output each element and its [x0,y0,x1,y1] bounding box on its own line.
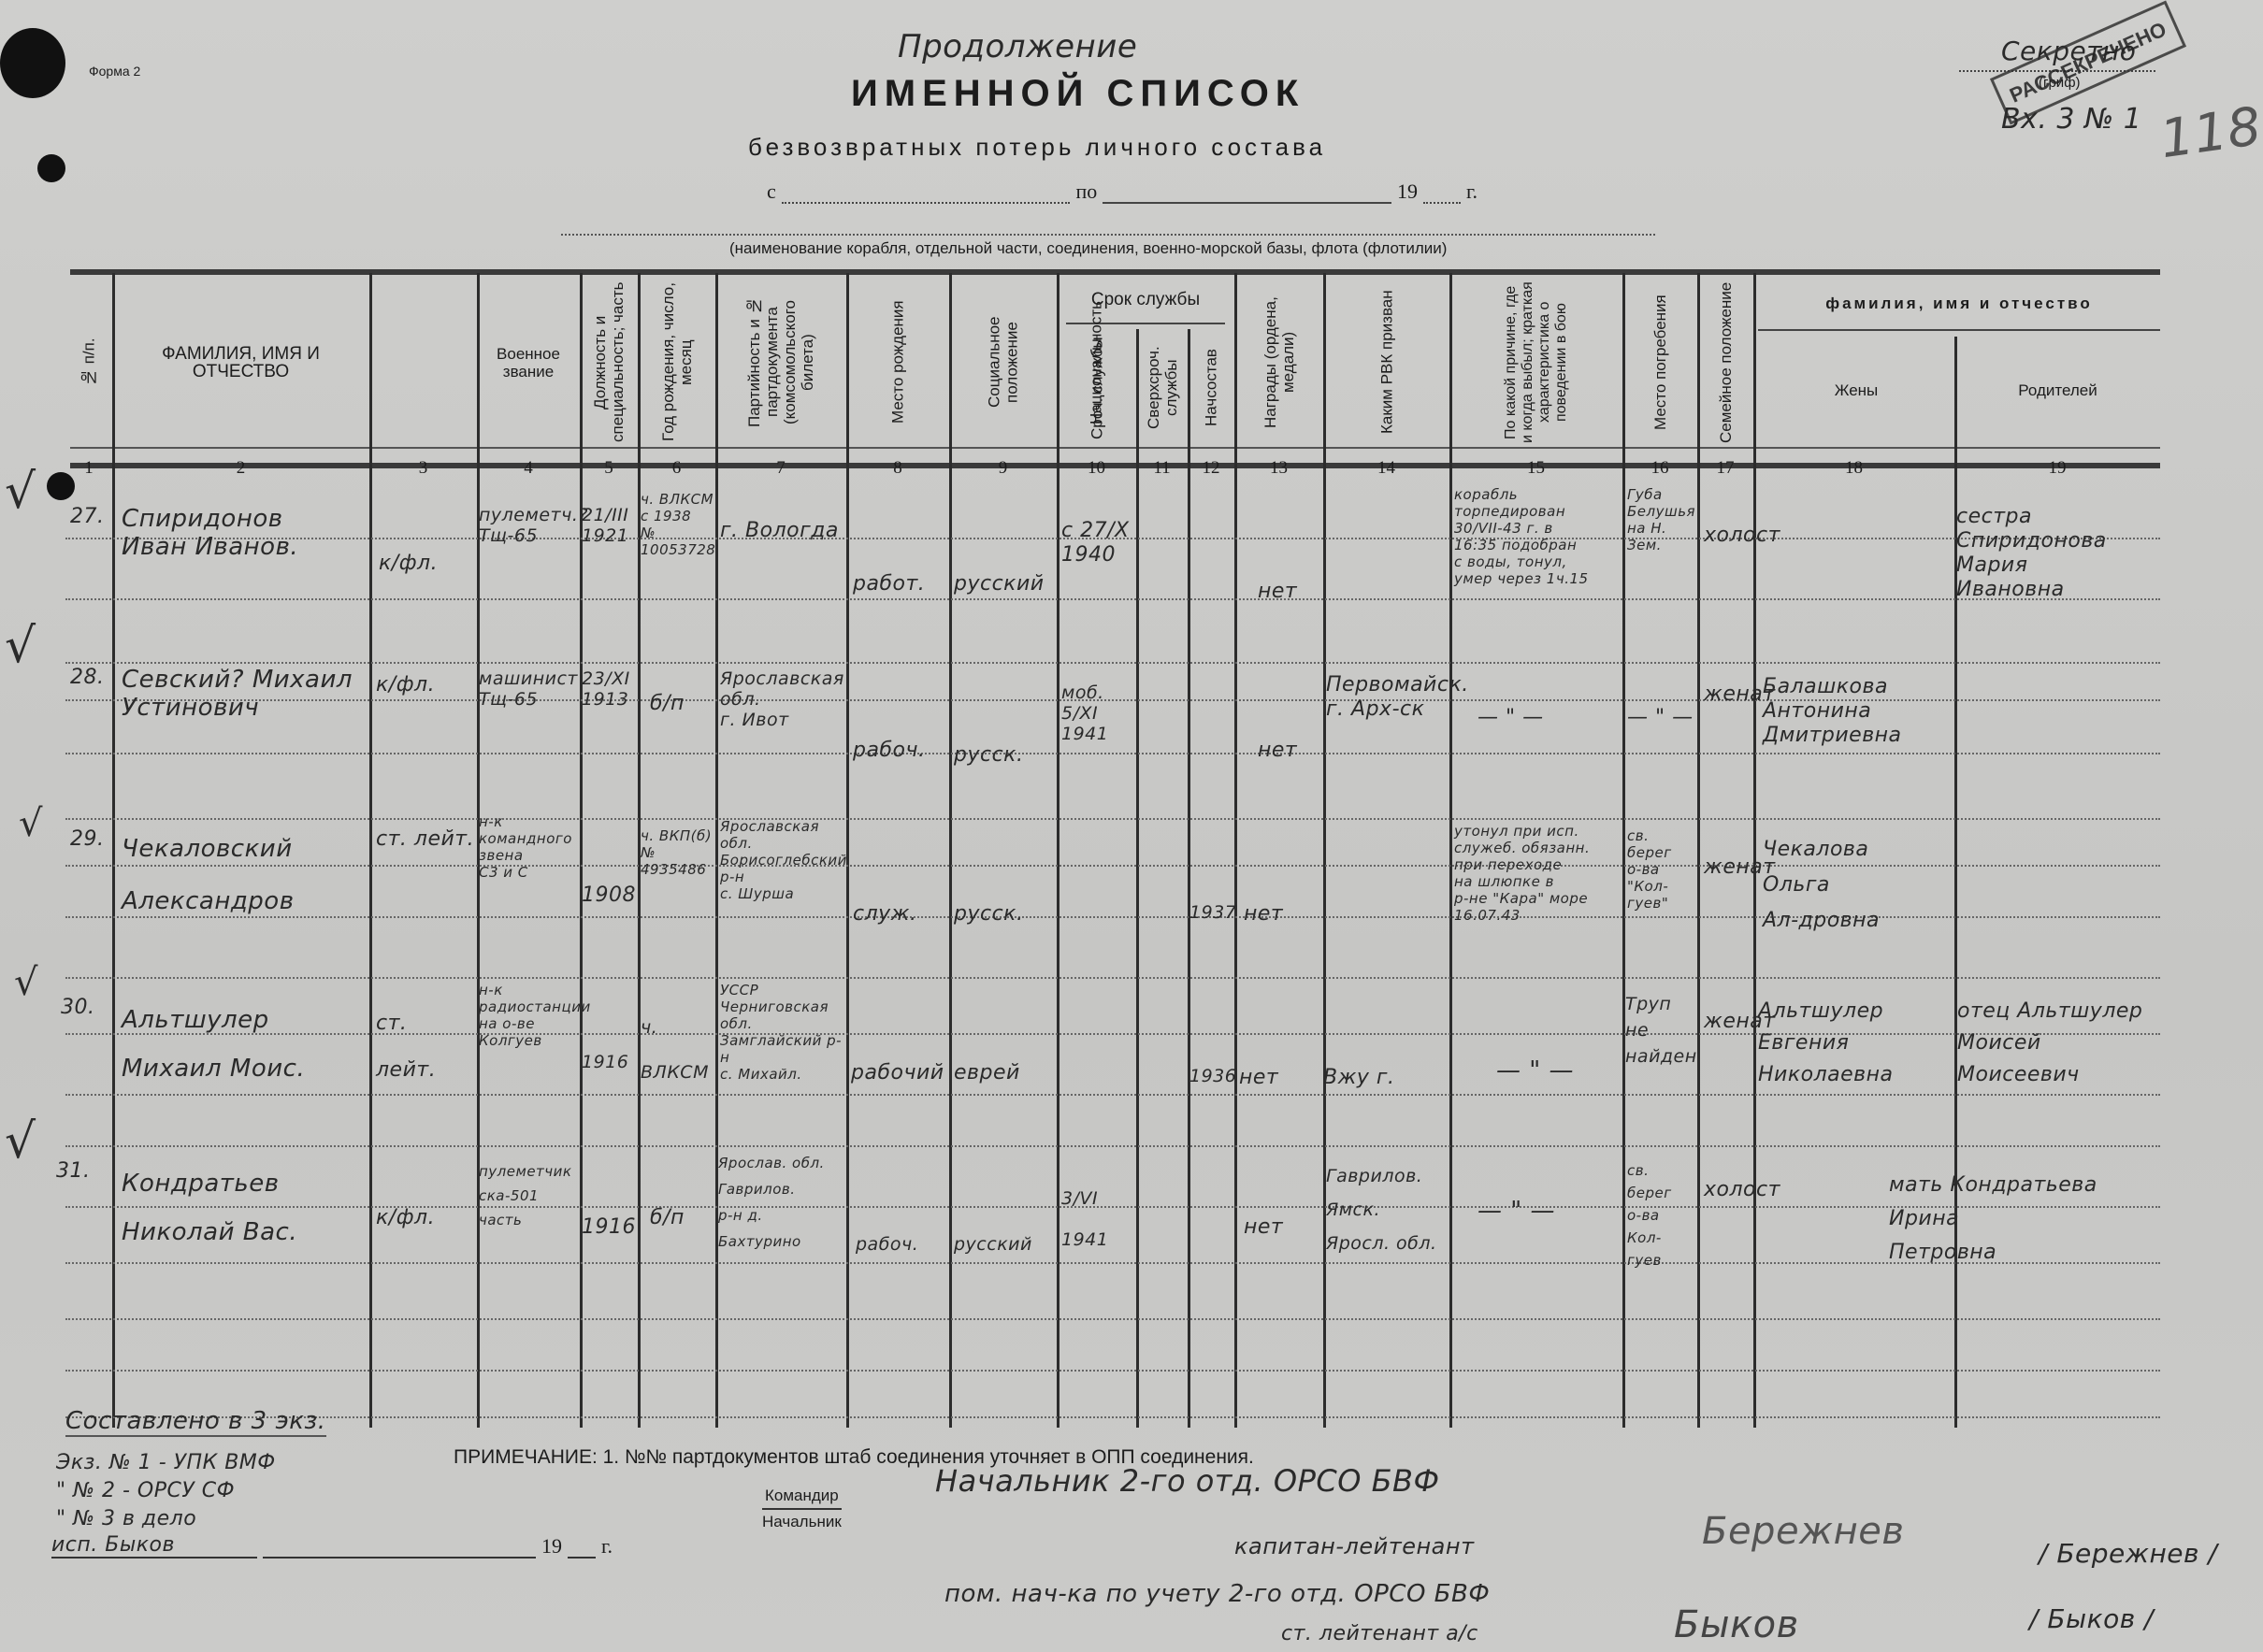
awards: нет [1239,1066,1278,1090]
officer: 1937 [1189,902,1236,923]
awards: нет [1244,902,1283,927]
column-divider [1234,273,1237,1428]
burial: Губа Белушья на Н. Зем. [1627,486,1697,553]
signature-block-labels: Командир Начальник [762,1487,842,1531]
burial: св. берег о-ва Кол- гуев [1627,1159,1697,1271]
check-mark: √ [5,481,36,502]
header-rvk: Каким РВК призван [1325,280,1449,444]
commander-label: Командир [762,1487,842,1505]
nationality: русск. [954,902,1023,927]
period-to-label: по [1075,180,1097,204]
copy-3: " № 3 в дело [56,1505,276,1533]
social-status: служ. [853,902,917,927]
date-suffix: г. [601,1534,613,1559]
chief-title: Начальник 2-го отд. ОРСО БВФ [935,1463,1440,1499]
row-line [65,598,2160,600]
birthplace: Ярослав. обл. Гаврилов. р-н д. Бахтурино [718,1150,849,1255]
column-number: 8 [846,458,949,479]
column-number: 14 [1323,458,1449,479]
header-officer: Начсостав [1189,332,1232,444]
check-mark: √ [19,813,43,834]
table-top-rule [70,269,2160,275]
row-number: 27. [70,505,105,529]
party: ч. ВКП(б) № 4935486 [641,827,715,878]
copy-2: " № 2 - ОРСУ СФ [56,1477,276,1505]
full-name: Чекаловский Александров [122,823,365,927]
column-number: 18 [1753,458,1954,479]
birth-date: 21/III 1921 [582,505,638,546]
column-divider [580,273,583,1428]
family-status: холост [1704,1178,1751,1202]
row-line [65,1145,2160,1147]
row-line [65,818,2160,820]
chief-rank: капитан-лейтенант [1234,1533,1475,1559]
row-line [65,1094,2160,1096]
header-number-divider [70,447,2160,449]
full-name: Спиридонов Иван Иванов. [122,505,365,561]
header-full-name: ФАМИЛИЯ, ИМЯ И ОТЧЕСТВО [117,280,365,444]
birth-date: 1916 [582,1052,628,1072]
position: пулеметч.? Тщ-65 [479,505,580,546]
burial: Труп не найден [1625,991,1697,1070]
date-field [263,1545,536,1559]
birth-date: 1908 [582,883,636,908]
position: пулеметчик ска-501 часть [479,1159,580,1232]
birthplace: г. Вологда [720,519,846,543]
assistant-signature-scribble: Быков [1674,1603,1799,1646]
column-divider [1753,273,1756,1428]
rank: ст. лейт. [376,1000,436,1094]
awards: нет [1258,739,1297,763]
date-year-label: 19 [541,1534,562,1559]
label-divider [762,1508,842,1510]
social-status: рабочий [851,1061,944,1085]
birthplace: УССР Черниговская обл. Замглайский р-н с… [720,982,846,1083]
unit-name-line [561,234,1655,236]
awards: нет [1258,580,1297,604]
header-service-term: Срок службы [1066,280,1225,318]
regular-service: с 27/X 1940 [1061,519,1130,567]
column-divider [949,273,952,1428]
header-burial: Место погребения [1624,280,1696,444]
row-number: 31. [56,1159,91,1184]
rank: к/фл. [376,1206,435,1230]
nationality: еврей [954,1061,1020,1085]
copy-1: Экз. № 1 - УПК ВМФ [56,1449,276,1477]
party: ч. ВЛКСМ [641,1005,715,1095]
column-number: 1 [65,458,112,479]
social-status: работ. [853,572,925,596]
rank: к/фл. [376,673,435,697]
rvk: Гаврилов. Ямск. Яросл. обл. [1326,1159,1449,1260]
header-reason: По какой причине, где и когда выбыл; кра… [1451,280,1622,444]
column-number: 5 [580,458,638,479]
header-regular-service: Сроч. службы [1059,332,1135,444]
column-number: 6 [638,458,715,479]
unit-caption: (наименование корабля, отдельной части, … [729,239,1447,258]
birthplace: Ярославская обл. Борисоглебский р-н с. Ш… [720,818,846,902]
row-line [65,1318,2160,1320]
date-year-field [568,1545,596,1559]
position: н-к радиостанции на о-ве Колгуев [479,982,580,1049]
page-title: ИМЕННОЙ СПИСОК [851,73,1304,115]
period-year-label: 19 [1397,180,1418,204]
column-number: 9 [949,458,1057,479]
column-number: 15 [1449,458,1622,479]
column-number: 10 [1057,458,1136,479]
column-number: 12 [1188,458,1234,479]
header-birthplace: Место рождения [848,280,947,444]
position: н-к командного звена С3 и С [479,813,580,881]
column-number: 3 [369,458,477,479]
period-line: с по 19 г. [767,180,1477,204]
full-name: Альтшулер Михаил Моис. [122,996,365,1093]
birth-date: 23/XI 1913 [582,668,638,710]
header-wife: Жены [1758,337,1954,444]
date-line: исп. Быков 19 г. [51,1533,613,1559]
column-divider [1449,273,1452,1428]
column-number: 17 [1697,458,1753,479]
family-status: женат [1704,682,1751,707]
social-status: рабоч. [853,739,925,763]
period-from-field [782,189,1071,204]
compiled-note: Составлено в 3 экз. [65,1407,326,1437]
burial: св. берег о-ва "Кол- гуев" [1627,827,1697,912]
column-divider [1697,273,1700,1428]
wife: Балашкова Антонина Дмитриевна [1763,675,1954,748]
assistant-signature: / Быков / [2029,1603,2154,1634]
social-status: рабоч. [856,1234,918,1255]
check-mark: √ [5,636,36,656]
header-party: Партийность и № партдокумента (комсомоль… [717,280,844,444]
page-subtitle: безвозвратных потерь личного состава [748,133,1326,162]
column-number: 13 [1234,458,1323,479]
check-mark: √ [5,1131,36,1152]
period-year-suffix: г. [1466,180,1477,204]
reason: корабль торпедирован 30/VII-43 г. в 16:3… [1454,486,1622,587]
column-number: 7 [715,458,846,479]
header-extended-service: Сверхсроч. службы [1138,332,1187,444]
birth-date: 1916 [582,1215,636,1240]
nationality: русский [954,1234,1032,1255]
rvk: Первомайск. г. Арх-ск [1326,673,1449,722]
reason: — " — [1477,1197,1555,1225]
row-number: 28. [70,666,105,690]
row-number: 29. [70,827,105,852]
form-label: Форма 2 [89,64,140,79]
header-number: № п/п. [65,280,112,444]
parents: сестра Спиридонова Мария Ивановна [1956,505,2167,602]
parents: мать Кондратьева Ирина Петровна [1889,1169,2169,1270]
executor: исп. Быков [51,1533,257,1559]
reason: утонул при исп. служеб. обязанн. при пер… [1454,823,1622,924]
party: б/п [650,692,685,716]
wife: Альтшулер Евгения Николаевна [1758,996,1954,1091]
column-number: 2 [112,458,369,479]
chief-signature: / Бережнев / [2039,1538,2217,1569]
period-year-field [1423,189,1461,204]
party: б/п [650,1206,685,1230]
damage-stain [0,28,65,98]
awards: нет [1244,1215,1283,1240]
column-number: 16 [1622,458,1697,479]
column-number: 19 [1954,458,2160,479]
family-status: женат [1704,855,1751,880]
damage-stain [37,154,65,182]
rvk: Вжу г. [1323,1066,1447,1090]
document-page: Форма 2 Продолжение ИМЕННОЙ СПИСОК безво… [0,0,2263,1652]
column-divider [112,273,115,1428]
position: машинист Тщ-65 [479,668,580,710]
header-parents: Родителей [1957,337,2158,444]
header-family-status: Семейное положение [1699,280,1752,444]
period-to-field [1103,189,1391,204]
header-birth-date: Год рождения, число, месяц [640,280,714,444]
rank: ст. лейт. [376,827,474,852]
rank: к/фл. [379,552,438,576]
period-from-label: с [767,180,776,204]
regular-service: 3/VI 1941 [1061,1178,1108,1260]
chief-label: Начальник [762,1513,842,1531]
row-line [65,1262,2160,1264]
row-line [65,753,2160,754]
party: ч. ВЛКСМ с 1938 № 10053728 [641,491,715,558]
row-line [65,662,2160,664]
birthplace: Ярославская обл. г. Ивот [720,668,846,730]
row-line [65,1416,2160,1418]
officer: 1936 [1189,1066,1236,1086]
header-awards: Награды (ордена, медали) [1236,280,1322,444]
burial: — " — [1627,706,1694,730]
archive-reference: Вх. 3 № 1 [2001,103,2141,136]
header-position: Должность и специальность; часть [582,280,636,444]
row-line [65,977,2160,979]
sheet-number: 118 [2156,96,2263,170]
relatives-divider [1758,329,2160,331]
nationality: русский [954,572,1045,596]
column-divider [369,273,372,1428]
column-divider [1622,273,1625,1428]
wife: Чекалова Ольга Ал-дровна [1763,832,1954,939]
header-rank: Военное звание [479,280,578,444]
reason: — " — [1496,1056,1574,1085]
parents: отец Альтшулер Моисей Моисеевич [1957,996,2163,1091]
row-line [65,1370,2160,1372]
header-social-status: Социальное положение [951,280,1055,444]
reason: — " — [1477,706,1544,730]
full-name: Кондратьев Николай Вас. [122,1159,365,1257]
row-number: 30. [61,996,95,1020]
header-relatives: фамилия, имя и отчество [1758,280,2160,325]
full-name: Севский? Михаил Устинович [122,666,365,722]
assistant-title: пом. нач-ка по учету 2-го отд. ОРСО БВФ [944,1580,1490,1608]
column-number: 4 [477,458,580,479]
assistant-rank: ст. лейтенант а/с [1281,1622,1478,1645]
continuation-note: Продолжение [898,28,1137,65]
regular-service: моб. 5/XI 1941 [1061,682,1108,744]
nationality: русск. [954,743,1023,768]
column-number: 11 [1136,458,1188,479]
check-mark: √ [14,972,38,993]
column-divider [1057,273,1059,1428]
chief-signature-scribble: Бережнев [1702,1510,1904,1553]
family-status: женат [1704,1010,1751,1034]
copies-list: Экз. № 1 - УПК ВМФ " № 2 - ОРСУ СФ " № 3… [56,1449,276,1533]
family-status: холост [1704,524,1751,548]
